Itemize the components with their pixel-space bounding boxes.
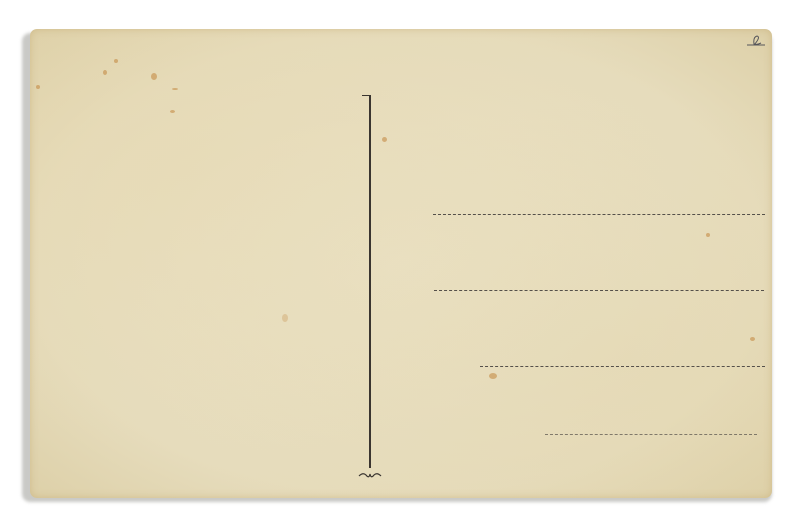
foxing-spot xyxy=(750,337,755,341)
address-line-1 xyxy=(433,214,765,215)
foxing-spot xyxy=(114,59,118,63)
center-divider-line xyxy=(369,95,371,468)
postcard-back xyxy=(30,29,772,498)
foxing-spot xyxy=(36,85,40,89)
pencil-number-mark xyxy=(745,34,767,48)
foxing-spot xyxy=(489,373,497,379)
divider-flourish-icon xyxy=(358,470,382,480)
address-line-4 xyxy=(545,434,757,435)
address-line-3 xyxy=(480,366,765,367)
foxing-spot xyxy=(170,110,175,113)
foxing-spot xyxy=(151,73,157,80)
foxing-spot xyxy=(103,70,107,75)
address-line-2 xyxy=(434,290,764,291)
foxing-spot xyxy=(382,137,387,142)
foxing-spot xyxy=(706,233,710,237)
foxing-spot xyxy=(282,314,288,322)
foxing-spot xyxy=(172,88,178,90)
